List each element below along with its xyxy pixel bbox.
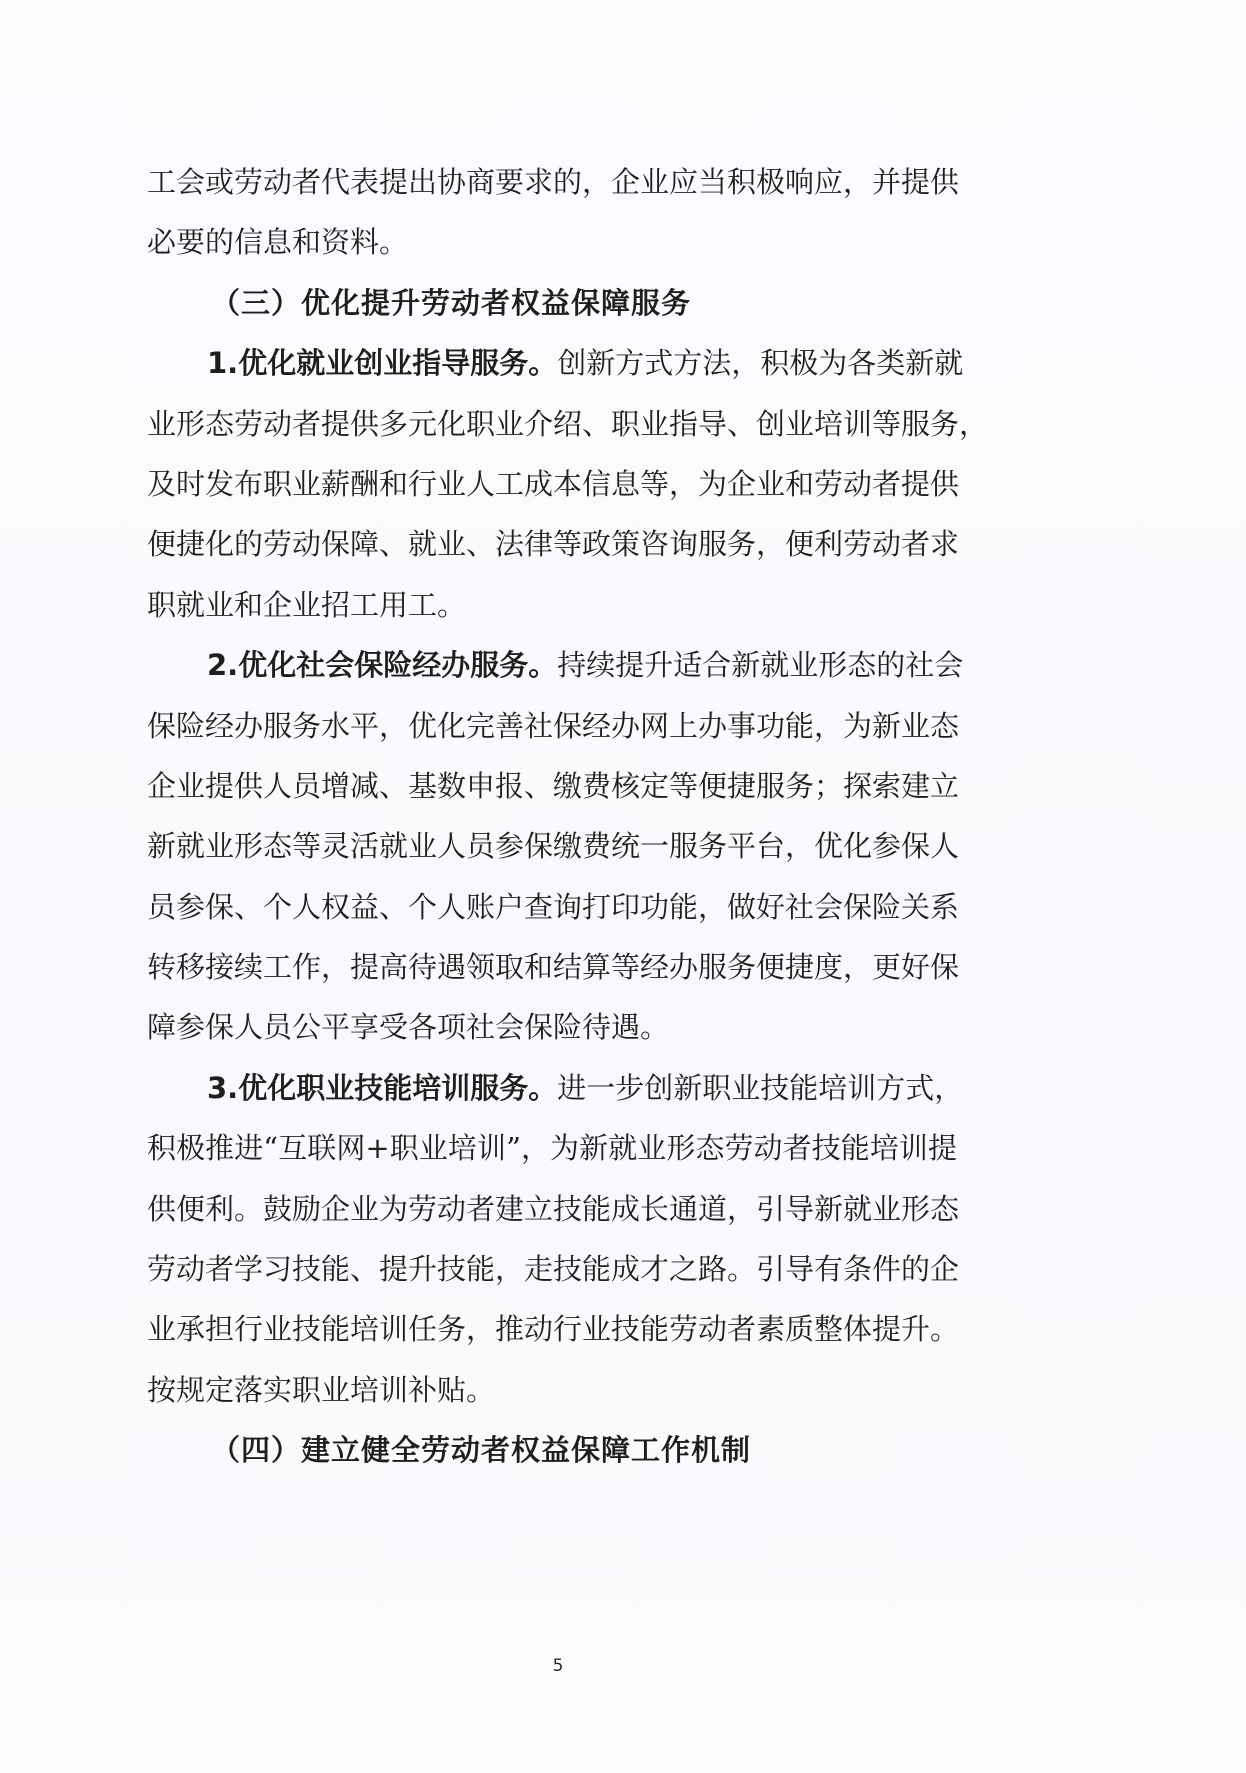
- text-segment: 创新方式方法，积极为各类新就: [557, 346, 963, 380]
- text-line: 障参保人员公平享受各项社会保险待遇。: [147, 1003, 957, 1063]
- section-heading-3: （三）优化提升劳动者权益保障服务: [147, 279, 957, 339]
- document-body: 工会或劳动者代表提出协商要求的，企业应当积极响应，并提供 必要的信息和资料。 （…: [147, 158, 957, 1487]
- text-line: 供便利。鼓励企业为劳动者建立技能成长通道，引导新就业形态: [147, 1185, 957, 1245]
- text-segment: 进一步创新职业技能培训方式，: [557, 1071, 963, 1105]
- text-line: 及时发布职业薪酬和行业人工成本信息等，为企业和劳动者提供: [147, 460, 957, 520]
- text-line: 保险经办服务水平，优化完善社保经办网上办事功能，为新业态: [147, 702, 957, 762]
- paragraph-lead: 2.优化社会保险经办服务。: [207, 648, 557, 682]
- paragraph-lead: 3.优化职业技能培训服务。: [207, 1071, 557, 1105]
- text-line: 转移接续工作，提高待遇领取和结算等经办服务便捷度，更好保: [147, 943, 957, 1003]
- text-line: 企业提供人员增减、基数申报、缴费核定等便捷服务；探索建立: [147, 762, 957, 822]
- text-line: 员参保、个人权益、个人账户查询打印功能，做好社会保险关系: [147, 883, 957, 943]
- paragraph-lead: 1.优化就业创业指导服务。: [207, 346, 557, 380]
- text-line: 必要的信息和资料。: [147, 218, 957, 278]
- text-line: 便捷化的劳动保障、就业、法律等政策咨询服务，便利劳动者求: [147, 520, 957, 580]
- text-segment: 持续提升适合新就业形态的社会: [557, 648, 963, 682]
- text-line: 业承担行业技能培训任务，推动行业技能劳动者素质整体提升。: [147, 1305, 957, 1365]
- paragraph-skills-training: 3.优化职业技能培训服务。进一步创新职业技能培训方式， 积极推进“互联网+职业培…: [147, 1064, 957, 1426]
- text-line: 2.优化社会保险经办服务。持续提升适合新就业形态的社会: [147, 641, 957, 701]
- text-line: 工会或劳动者代表提出协商要求的，企业应当积极响应，并提供: [147, 158, 957, 218]
- paragraph-social-insurance: 2.优化社会保险经办服务。持续提升适合新就业形态的社会 保险经办服务水平，优化完…: [147, 641, 957, 1064]
- text-line: 1.优化就业创业指导服务。创新方式方法，积极为各类新就: [147, 339, 957, 399]
- text-line: 积极推进“互联网+职业培训”，为新就业形态劳动者技能培训提: [147, 1124, 957, 1184]
- text-line: 劳动者学习技能、提升技能，走技能成才之路。引导有条件的企: [147, 1245, 957, 1305]
- page-number: 5: [548, 1656, 568, 1676]
- text-line: 3.优化职业技能培训服务。进一步创新职业技能培训方式，: [147, 1064, 957, 1124]
- paragraph-employment-guidance: 1.优化就业创业指导服务。创新方式方法，积极为各类新就 业形态劳动者提供多元化职…: [147, 339, 957, 641]
- text-line: 按规定落实职业培训补贴。: [147, 1366, 957, 1426]
- text-line: 职就业和企业招工用工。: [147, 581, 957, 641]
- text-line: 新就业形态等灵活就业人员参保缴费统一服务平台，优化参保人: [147, 822, 957, 882]
- document-page: 工会或劳动者代表提出协商要求的，企业应当积极响应，并提供 必要的信息和资料。 （…: [0, 0, 1246, 1773]
- section-heading-4: （四）建立健全劳动者权益保障工作机制: [147, 1426, 957, 1486]
- paragraph-continuation: 工会或劳动者代表提出协商要求的，企业应当积极响应，并提供 必要的信息和资料。: [147, 158, 957, 279]
- text-line: 业形态劳动者提供多元化职业介绍、职业指导、创业培训等服务，: [147, 400, 957, 460]
